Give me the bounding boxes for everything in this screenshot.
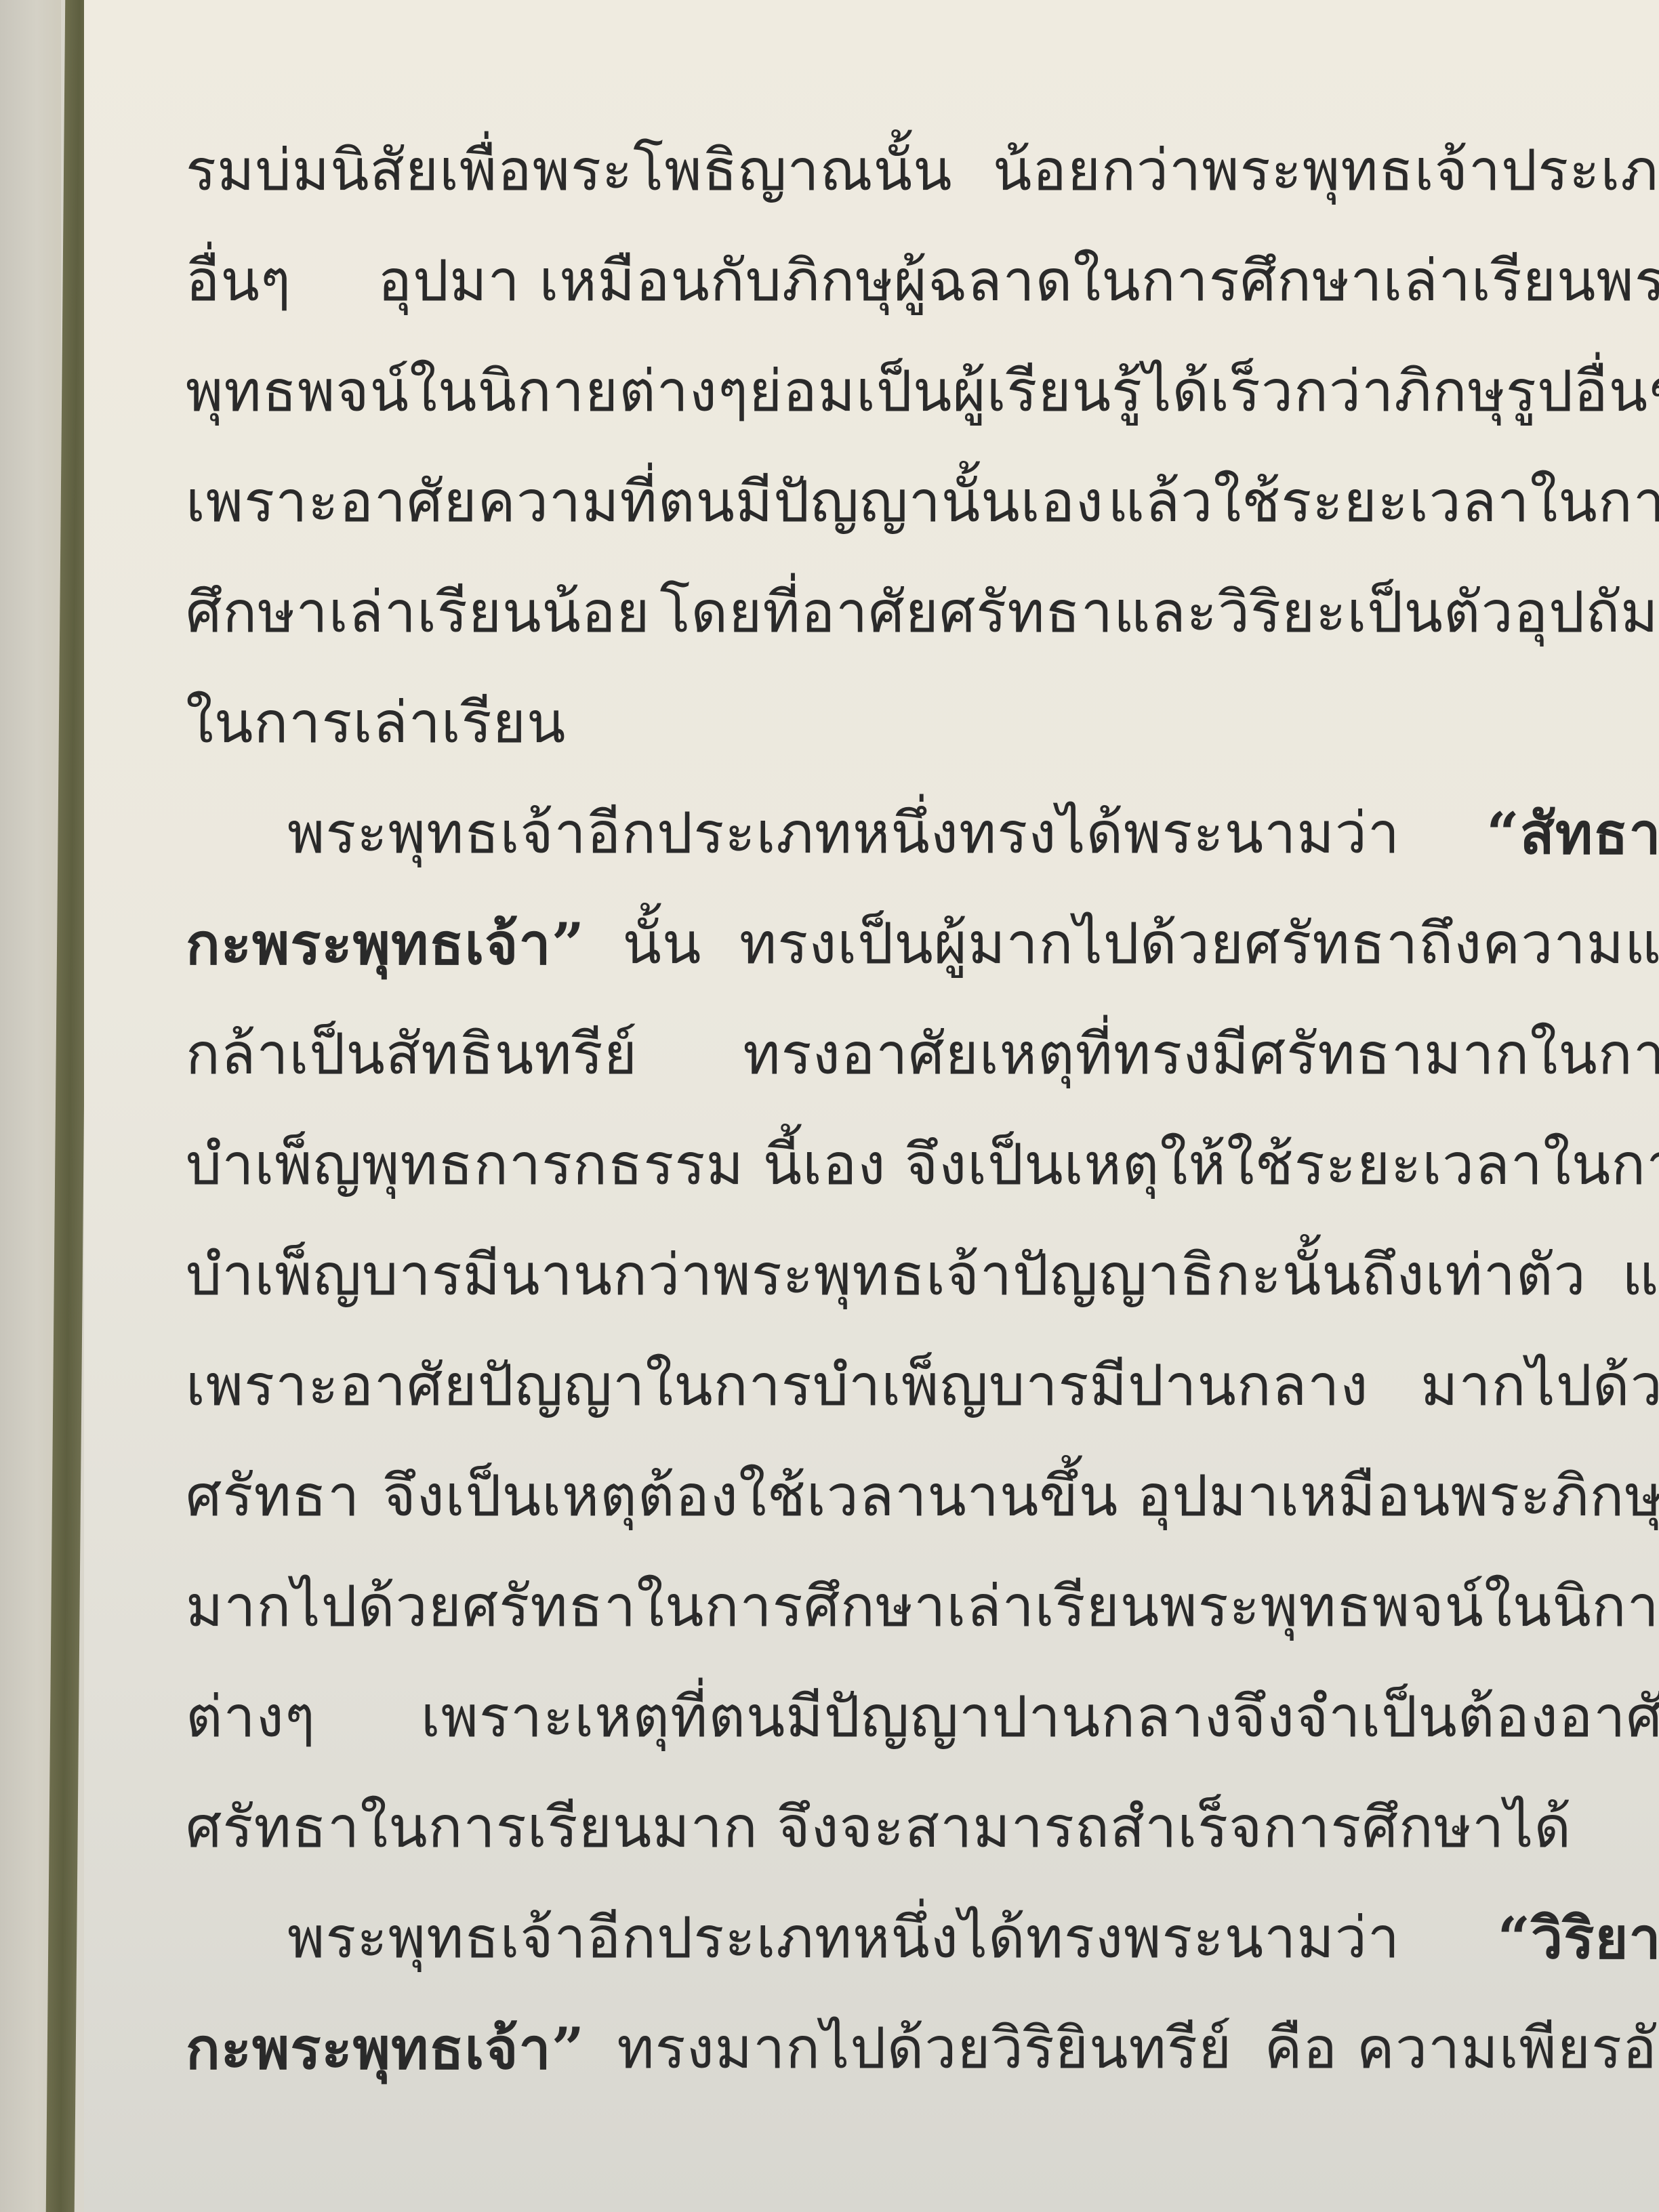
text-segment: บำเพ็ญพุทธการกธรรม นี้เอง จึงเป็นเหตุให้… xyxy=(186,1109,1659,1220)
text-segment: อุปมา เหมือนกับภิกษุผู้ฉลาดในการศึกษาเล่… xyxy=(378,226,1659,336)
text-segment: ต่างๆ xyxy=(186,1662,316,1772)
bold-term: กะพระพุทธเจ้า” xyxy=(186,1993,585,2104)
text-line-15: ต่างๆ เพราะเหตุที่ตนมีปัญญาปานกลางจึงจำเ… xyxy=(186,1662,1659,1772)
bold-term: กะพระพุทธเจ้า” xyxy=(186,888,585,999)
text-segment: มากไปด้วยศรัทธาในการศึกษาเล่าเรียนพระพุท… xyxy=(186,1551,1659,1662)
text-segment: พุทธพจน์ในนิกายต่างๆย่อมเป็นผู้เรียนรู้ไ… xyxy=(186,336,1659,447)
text-segment: เพราะเหตุที่ตนมีปัญญาปานกลางจึงจำเป็นต้อ… xyxy=(421,1662,1659,1772)
text-line-11: บำเพ็ญบารมีนานกว่าพระพุทธเจ้าปัญญาธิกะนั… xyxy=(186,1220,1659,1330)
text-segment: นั้น xyxy=(623,888,702,999)
bold-term: “วิริยาธิ xyxy=(1498,1883,1659,1993)
text-segment: พระพุทธเจ้าอีกประเภทหนึ่งทรงได้พระนามว่า xyxy=(287,778,1400,888)
text-line-9: กล้าเป็นสัทธินทรีย์ ทรงอาศัยเหตุที่ทรงมี… xyxy=(186,999,1659,1109)
text-segment: รมบ่มนิสัยเพื่อพระโพธิญาณนั้น xyxy=(186,115,953,226)
text-segment: อื่นๆ xyxy=(186,226,291,336)
text-line-12: เพราะอาศัยปัญญาในการบำเพ็ญบารมีปานกลาง ม… xyxy=(186,1330,1659,1441)
text-segment: แต่ xyxy=(1622,1220,1659,1330)
text-line-3: พุทธพจน์ในนิกายต่างๆย่อมเป็นผู้เรียนรู้ไ… xyxy=(186,336,1659,447)
body-text: รมบ่มนิสัยเพื่อพระโพธิญาณนั้น น้อยกว่าพร… xyxy=(186,115,1659,2104)
text-line-6: ในการเล่าเรียน xyxy=(186,668,1659,778)
text-segment: ทรงมากไปด้วยวิริยินทรีย์ xyxy=(617,1993,1232,2104)
text-segment: ศรัทธาในการเรียนมาก จึงจะสามารถสำเร็จการ… xyxy=(186,1772,1572,1883)
text-segment: คือ ความเพียรอัน xyxy=(1264,1993,1659,2104)
text-segment: ทรงอาศัยเหตุที่ทรงมีศรัทธามากในการ xyxy=(743,999,1659,1109)
text-segment: ทรงเป็นผู้มากไปด้วยศรัทธาถึงความแก่ xyxy=(739,888,1659,999)
text-line-1: รมบ่มนิสัยเพื่อพระโพธิญาณนั้น น้อยกว่าพร… xyxy=(186,115,1659,226)
text-line-16: ศรัทธาในการเรียนมาก จึงจะสามารถสำเร็จการ… xyxy=(186,1772,1659,1883)
text-line-10: บำเพ็ญพุทธการกธรรม นี้เอง จึงเป็นเหตุให้… xyxy=(186,1109,1659,1220)
text-segment: ศรัทธา xyxy=(186,1441,360,1551)
book-page: รมบ่มนิสัยเพื่อพระโพธิญาณนั้น น้อยกว่าพร… xyxy=(84,0,1659,2212)
text-segment: พระพุทธเจ้าอีกประเภทหนึ่งได้ทรงพระนามว่า xyxy=(287,1883,1400,1993)
text-segment: เพราะอาศัยความที่ตนมีปัญญานั้นเอง xyxy=(186,447,1104,557)
text-segment: เพราะอาศัยปัญญาในการบำเพ็ญบารมีปานกลาง xyxy=(186,1330,1368,1441)
text-segment: มากไปด้วย xyxy=(1420,1330,1659,1441)
text-line-18: กะพระพุทธเจ้า” ทรงมากไปด้วยวิริยินทรีย์ … xyxy=(186,1993,1659,2104)
paragraph-start-viriyadhika: พระพุทธเจ้าอีกประเภทหนึ่งได้ทรงพระนามว่า… xyxy=(186,1883,1659,1993)
text-line-2: อื่นๆ อุปมา เหมือนกับภิกษุผู้ฉลาดในการศึ… xyxy=(186,226,1659,336)
text-segment: น้อยกว่าพระพุทธเจ้าประเภท xyxy=(993,115,1659,226)
paragraph-start-saddhadhika: พระพุทธเจ้าอีกประเภทหนึ่งทรงได้พระนามว่า… xyxy=(186,778,1659,888)
text-line-5: ศึกษาเล่าเรียนน้อย โดยที่อาศัยศรัทธาและว… xyxy=(186,557,1659,668)
text-segment: แล้วใช้ระยะเวลาในการ xyxy=(1108,447,1659,557)
text-line-4: เพราะอาศัยความที่ตนมีปัญญานั้นเอง แล้วใช… xyxy=(186,447,1659,557)
text-segment: ศึกษาเล่าเรียนน้อย xyxy=(186,557,651,668)
text-segment: จึงเป็นเหตุต้องใช้เวลานานขึ้น อุปมาเหมือ… xyxy=(383,1441,1659,1551)
text-line-8: กะพระพุทธเจ้า” นั้น ทรงเป็นผู้มากไปด้วยศ… xyxy=(186,888,1659,999)
text-segment: กล้าเป็นสัทธินทรีย์ xyxy=(186,999,638,1109)
bold-term: “สัทธาธิ xyxy=(1486,778,1659,888)
text-segment: ในการเล่าเรียน xyxy=(186,668,566,778)
text-line-14: มากไปด้วยศรัทธาในการศึกษาเล่าเรียนพระพุท… xyxy=(186,1551,1659,1662)
text-segment: โดยที่อาศัยศรัทธาและวิริยะเป็นตัวอุปถัมภ… xyxy=(659,557,1659,668)
text-line-13: ศรัทธา จึงเป็นเหตุต้องใช้เวลานานขึ้น อุป… xyxy=(186,1441,1659,1551)
text-segment: บำเพ็ญบารมีนานกว่าพระพุทธเจ้าปัญญาธิกะนั… xyxy=(186,1220,1586,1330)
